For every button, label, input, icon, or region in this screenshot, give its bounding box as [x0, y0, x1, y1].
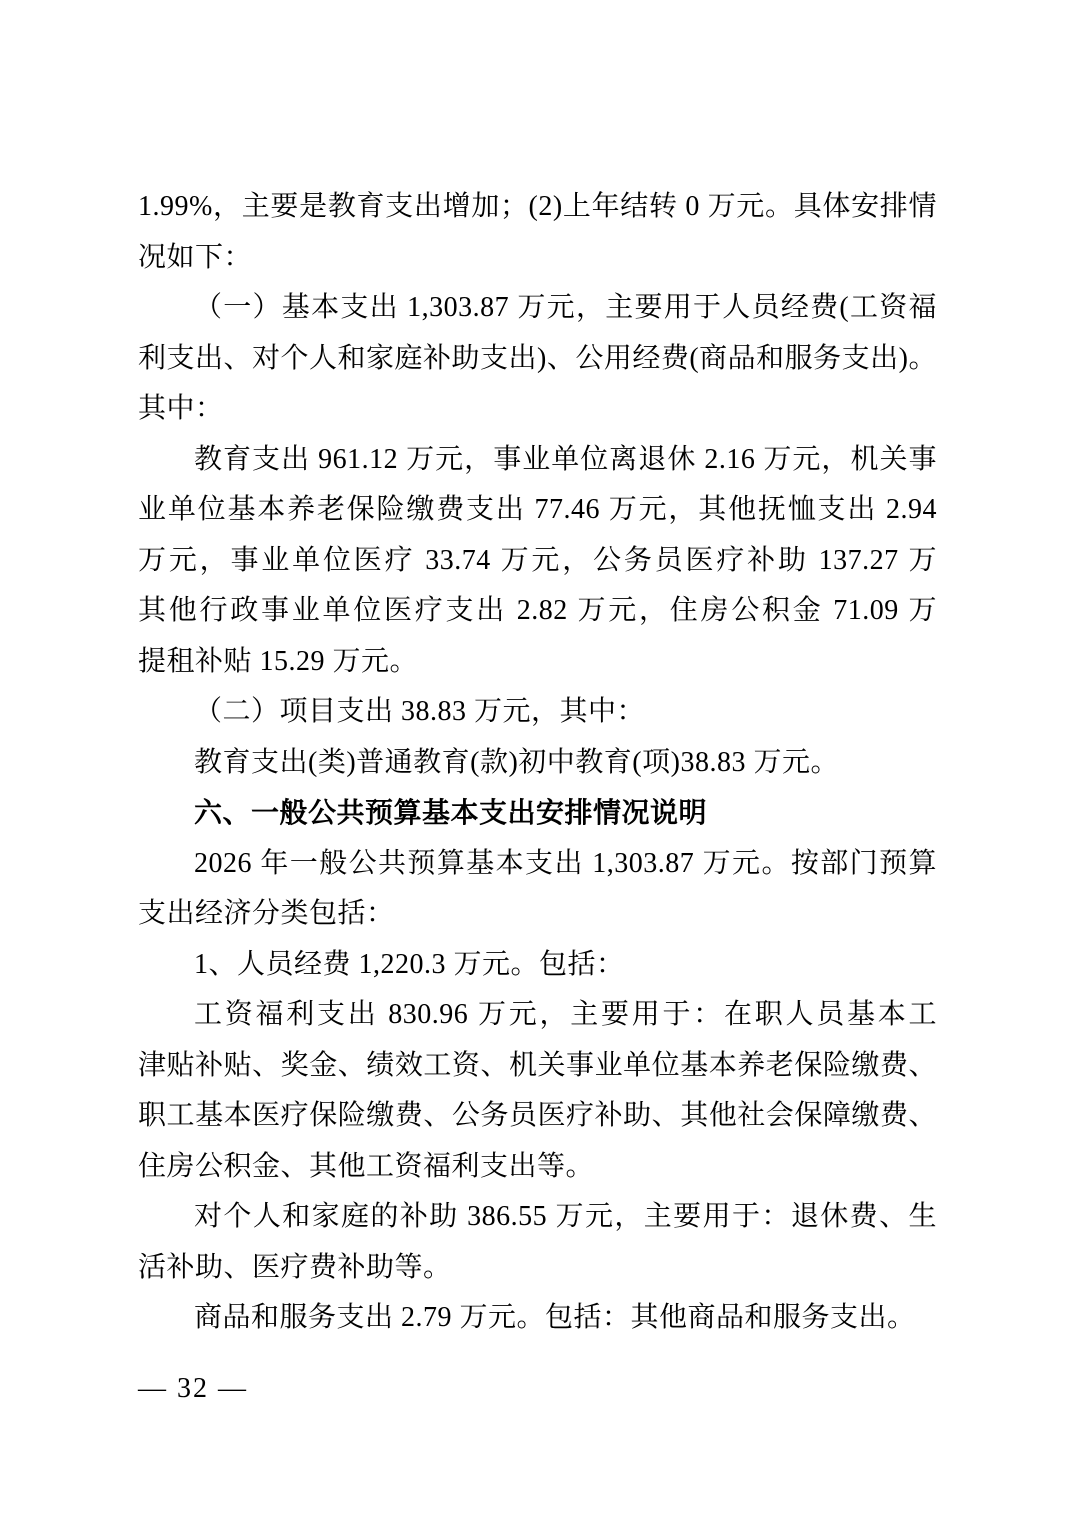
- paragraph-line: 其中：: [138, 384, 937, 435]
- paragraph: 工资福利支出 830.96 万元，主要用于：在职人员基本工资、 津贴补贴、奖金、…: [138, 990, 937, 1192]
- document-page: 1.99%，主要是教育支出增加；(2)上年结转 0 万元。具体安排情 况如下： …: [0, 0, 1074, 1520]
- paragraph-line: （二）项目支出 38.83 万元，其中：: [138, 687, 937, 738]
- paragraph: 教育支出(类)普通教育(款)初中教育(项)38.83 万元。: [138, 738, 937, 789]
- paragraph: 商品和服务支出 2.79 万元。包括：其他商品和服务支出。: [138, 1293, 937, 1344]
- paragraph-line: （一）基本支出 1,303.87 万元，主要用于人员经费(工资福: [138, 283, 937, 334]
- paragraph-line: 商品和服务支出 2.79 万元。包括：其他商品和服务支出。: [138, 1293, 937, 1344]
- page-body-text: 1.99%，主要是教育支出增加；(2)上年结转 0 万元。具体安排情 况如下： …: [138, 182, 937, 1344]
- paragraph: 对个人和家庭的补助 386.55 万元，主要用于：退休费、生 活补助、医疗费补助…: [138, 1192, 937, 1293]
- paragraph-line: 1、人员经费 1,220.3 万元。包括：: [138, 940, 937, 991]
- section-heading-line: 六、一般公共预算基本支出安排情况说明: [138, 788, 937, 839]
- paragraph: 教育支出 961.12 万元，事业单位离退休 2.16 万元，机关事 业单位基本…: [138, 435, 937, 688]
- paragraph-line: 工资福利支出 830.96 万元，主要用于：在职人员基本工资、: [138, 990, 937, 1041]
- paragraph-line: 住房公积金、其他工资福利支出等。: [138, 1142, 937, 1193]
- paragraph-line: 业单位基本养老保险缴费支出 77.46 万元，其他抚恤支出 2.94: [138, 485, 937, 536]
- paragraph-line: 活补助、医疗费补助等。: [138, 1243, 937, 1294]
- paragraph-line: 职工基本医疗保险缴费、公务员医疗补助、其他社会保障缴费、: [138, 1091, 937, 1142]
- paragraph-line: 支出经济分类包括：: [138, 889, 937, 940]
- paragraph-line: 其他行政事业单位医疗支出 2.82 万元，住房公积金 71.09 万元，: [138, 586, 937, 637]
- paragraph-line: 1.99%，主要是教育支出增加；(2)上年结转 0 万元。具体安排情: [138, 182, 937, 233]
- paragraph: 1、人员经费 1,220.3 万元。包括：: [138, 940, 937, 991]
- page-number: — 32 —: [138, 1364, 248, 1414]
- paragraph-line: 教育支出 961.12 万元，事业单位离退休 2.16 万元，机关事: [138, 435, 937, 486]
- paragraph-line: 况如下：: [138, 233, 937, 284]
- paragraph-line: 提租补贴 15.29 万元。: [138, 637, 937, 688]
- paragraph-line: 利支出、对个人和家庭补助支出)、公用经费(商品和服务支出)。: [138, 334, 937, 385]
- paragraph: （二）项目支出 38.83 万元，其中：: [138, 687, 937, 738]
- paragraph-line: 津贴补贴、奖金、绩效工资、机关事业单位基本养老保险缴费、: [138, 1041, 937, 1092]
- paragraph: 1.99%，主要是教育支出增加；(2)上年结转 0 万元。具体安排情 况如下：: [138, 182, 937, 283]
- paragraph-line: 2026 年一般公共预算基本支出 1,303.87 万元。按部门预算: [138, 839, 937, 890]
- paragraph-line: 教育支出(类)普通教育(款)初中教育(项)38.83 万元。: [138, 738, 937, 789]
- paragraph-line: 对个人和家庭的补助 386.55 万元，主要用于：退休费、生: [138, 1192, 937, 1243]
- paragraph-line: 万元，事业单位医疗 33.74 万元，公务员医疗补助 137.27 万元，: [138, 536, 937, 587]
- paragraph: （一）基本支出 1,303.87 万元，主要用于人员经费(工资福 利支出、对个人…: [138, 283, 937, 435]
- paragraph: 2026 年一般公共预算基本支出 1,303.87 万元。按部门预算 支出经济分…: [138, 839, 937, 940]
- section-heading: 六、一般公共预算基本支出安排情况说明: [138, 788, 937, 839]
